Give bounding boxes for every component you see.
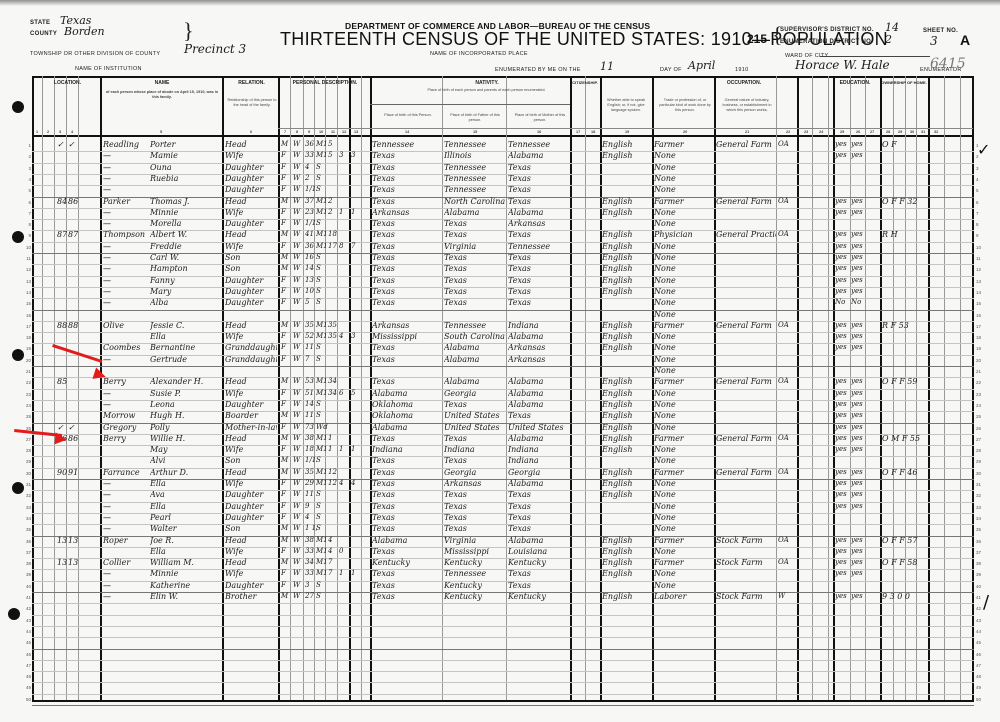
cell-surname: — bbox=[103, 253, 151, 262]
row-number: 37 bbox=[21, 550, 31, 555]
cell-living: 3 bbox=[351, 151, 361, 159]
cell-family: ✓ bbox=[68, 423, 78, 432]
cell-relation: Wife bbox=[225, 332, 277, 341]
cell-given: Ouna bbox=[150, 163, 220, 172]
row-number-right: 12 bbox=[976, 267, 981, 272]
row-number-right: 40 bbox=[976, 584, 981, 589]
row-number: 10 bbox=[21, 245, 31, 250]
incorporated-place-label: Name of incorporated place bbox=[430, 51, 528, 57]
cell-born: 0 bbox=[339, 547, 349, 555]
cell-read: yes bbox=[835, 400, 850, 408]
cell-surname: — bbox=[103, 276, 151, 285]
cell-bf: South Carolina bbox=[444, 332, 506, 341]
column-number: 2 bbox=[47, 130, 49, 135]
cell-bm: Texas bbox=[508, 298, 570, 307]
row-rule bbox=[32, 694, 974, 695]
cell-given: Alexander H. bbox=[150, 377, 220, 386]
cell-surname: — bbox=[103, 298, 151, 307]
cell-lang: English bbox=[602, 140, 652, 149]
cell-given: Alba bbox=[150, 298, 220, 307]
cell-relation: Wife bbox=[225, 479, 277, 488]
row-number: 17 bbox=[21, 324, 31, 329]
cell-given: Ella bbox=[150, 332, 220, 341]
cell-given: Mamie bbox=[150, 151, 220, 160]
cell-bf: Texas bbox=[444, 253, 506, 262]
cell-bm: Texas bbox=[508, 581, 570, 590]
cell-emp: OA bbox=[778, 558, 796, 566]
cell-lang: English bbox=[602, 230, 652, 239]
cell-bp: Texas bbox=[372, 219, 440, 228]
cell-industry: General Farm bbox=[716, 468, 776, 477]
cell-bm: Indiana bbox=[508, 456, 570, 465]
cell-read: yes bbox=[835, 343, 850, 351]
cell-trade: None bbox=[654, 276, 714, 285]
cell-relation: Granddaughter bbox=[225, 355, 277, 364]
row-number-right: 46 bbox=[976, 652, 981, 657]
cell-lang: English bbox=[602, 423, 652, 432]
cell-read: yes bbox=[835, 242, 850, 250]
row-number: 30 bbox=[21, 471, 31, 476]
cell-given: Arthur D. bbox=[150, 468, 220, 477]
cell-surname: Coombes bbox=[103, 343, 151, 352]
cell-given: Pearl bbox=[150, 513, 220, 522]
column-number: 12 bbox=[342, 130, 346, 135]
cell-marital: M1 bbox=[316, 197, 328, 205]
cell-lang: English bbox=[602, 332, 652, 341]
cell-own: R H bbox=[882, 230, 932, 239]
row-number-right: 27 bbox=[976, 437, 981, 442]
cell-family: 86 bbox=[68, 197, 78, 206]
row-number-right: 35 bbox=[976, 527, 981, 532]
row-number: 6 bbox=[21, 200, 31, 205]
cell-marital: M1 bbox=[316, 140, 328, 148]
cell-race: W bbox=[293, 174, 303, 182]
row-number: 27 bbox=[21, 437, 31, 442]
row-number-right: 39 bbox=[976, 572, 981, 577]
cell-relation: Wife bbox=[225, 389, 277, 398]
cell-bf: Texas bbox=[444, 219, 506, 228]
cell-read: yes bbox=[835, 140, 850, 148]
cell-sex: F bbox=[281, 581, 291, 589]
cell-read: yes bbox=[835, 151, 850, 159]
cell-relation: Wife bbox=[225, 445, 277, 454]
cell-bf: Illinois bbox=[444, 151, 506, 160]
enumerated-day: 11 bbox=[600, 60, 614, 73]
cell-given: Jessie C. bbox=[150, 321, 220, 330]
cell-race: W bbox=[293, 389, 303, 397]
cell-race: W bbox=[293, 332, 303, 340]
cell-write: yes bbox=[851, 547, 866, 555]
cell-relation: Son bbox=[225, 253, 277, 262]
cell-write: yes bbox=[851, 197, 866, 205]
cell-race: W bbox=[293, 185, 303, 193]
row-number-right: 41 bbox=[976, 595, 981, 600]
cell-bf: Texas bbox=[444, 456, 506, 465]
cell-bf: Alabama bbox=[444, 377, 506, 386]
row-number-right: 6 bbox=[976, 200, 979, 205]
cell-given: Ava bbox=[150, 490, 220, 499]
cell-race: W bbox=[293, 377, 303, 385]
cell-bm: Texas bbox=[508, 185, 570, 194]
cell-own: O M F 55 bbox=[882, 434, 932, 443]
cell-sex: F bbox=[281, 513, 291, 521]
cell-write: yes bbox=[851, 242, 866, 250]
cell-read: yes bbox=[835, 445, 850, 453]
cell-sex: F bbox=[281, 208, 291, 216]
cell-sex: F bbox=[281, 547, 291, 555]
cell-given: Elin W. bbox=[150, 592, 220, 601]
cell-trade: None bbox=[654, 423, 714, 432]
cell-lang: English bbox=[602, 400, 652, 409]
cell-relation: Daughter bbox=[225, 287, 277, 296]
cell-trade: None bbox=[654, 445, 714, 454]
row-number-right: 13 bbox=[976, 279, 981, 284]
cell-marital: S bbox=[316, 513, 328, 521]
cell-bp: Texas bbox=[372, 287, 440, 296]
cell-relation: Son bbox=[225, 524, 277, 533]
cell-relation: Head bbox=[225, 558, 277, 567]
cell-trade: None bbox=[654, 310, 714, 319]
cell-bp: Mississippi bbox=[372, 332, 440, 341]
cell-lang: English bbox=[602, 434, 652, 443]
cell-bm: Alabama bbox=[508, 208, 570, 217]
col-occupation: Occupation. bbox=[654, 80, 834, 86]
cell-trade: None bbox=[654, 366, 714, 375]
cell-lang: English bbox=[602, 547, 652, 556]
row-number: 5 bbox=[21, 188, 31, 193]
cell-bp: Texas bbox=[372, 592, 440, 601]
cell-relation: Brother bbox=[225, 592, 277, 601]
cell-bp: Texas bbox=[372, 355, 440, 364]
cell-surname: — bbox=[103, 569, 151, 578]
cell-bp: Texas bbox=[372, 513, 440, 522]
row-rule bbox=[32, 366, 974, 367]
cell-race: W bbox=[293, 423, 303, 431]
cell-years: 1 bbox=[328, 434, 338, 442]
cell-read: yes bbox=[835, 230, 850, 238]
cell-bm: Texas bbox=[508, 569, 570, 578]
row-number-right: 9 bbox=[976, 233, 979, 238]
row-number: 1 bbox=[21, 143, 31, 148]
cell-race: W bbox=[293, 581, 303, 589]
cell-race: W bbox=[293, 411, 303, 419]
cell-race: W bbox=[293, 547, 303, 555]
cell-trade: None bbox=[654, 174, 714, 183]
cell-lang: English bbox=[602, 411, 652, 420]
cell-marital: M1 bbox=[316, 208, 328, 216]
cell-bp: Texas bbox=[372, 163, 440, 172]
cell-marital: S bbox=[316, 219, 328, 227]
cell-sex: F bbox=[281, 355, 291, 363]
cell-bp: Texas bbox=[372, 242, 440, 251]
cell-bf: United States bbox=[444, 411, 506, 420]
cell-bm: Texas bbox=[508, 253, 570, 262]
cell-write: yes bbox=[851, 377, 866, 385]
cell-bp: Alabama bbox=[372, 536, 440, 545]
row-number-right: 42 bbox=[976, 606, 981, 611]
cell-trade: None bbox=[654, 298, 714, 307]
cell-read: yes bbox=[835, 502, 850, 510]
cell-bp: Kentucky bbox=[372, 558, 440, 567]
cell-marital: M1 bbox=[316, 445, 328, 453]
cell-relation: Wife bbox=[225, 569, 277, 578]
cell-relation: Head bbox=[225, 197, 277, 206]
row-number-right: 45 bbox=[976, 640, 981, 645]
cell-lang: English bbox=[602, 321, 652, 330]
cell-given: Hugh H. bbox=[150, 411, 220, 420]
cell-write: yes bbox=[851, 592, 866, 600]
cell-sex: F bbox=[281, 185, 291, 193]
stamp-number: 6415 bbox=[930, 56, 966, 72]
cell-bm: Texas bbox=[508, 513, 570, 522]
cell-years: 2 bbox=[328, 197, 338, 205]
cell-race: W bbox=[293, 524, 303, 532]
row-number-right: 49 bbox=[976, 685, 981, 690]
cell-years: 4 bbox=[328, 547, 338, 555]
cell-dwelling: 85 bbox=[57, 377, 67, 386]
row-number: 32 bbox=[21, 493, 31, 498]
cell-sex: M bbox=[281, 456, 291, 464]
cell-lang: English bbox=[602, 343, 652, 352]
cell-read: yes bbox=[835, 321, 850, 329]
cell-trade: Laborer bbox=[654, 592, 714, 601]
row-number-right: 7 bbox=[976, 211, 979, 216]
cell-surname: Readling bbox=[103, 140, 151, 149]
cell-marital: S bbox=[316, 524, 328, 532]
cell-lang: English bbox=[602, 197, 652, 206]
cell-trade: None bbox=[654, 287, 714, 296]
cell-born: 6 bbox=[339, 389, 349, 397]
cell-write: yes bbox=[851, 411, 866, 419]
cell-marital: S bbox=[316, 355, 328, 363]
cell-bp: Texas bbox=[372, 185, 440, 194]
row-number: 49 bbox=[21, 685, 31, 690]
cell-bf: Mississippi bbox=[444, 547, 506, 556]
column-number: 1 bbox=[36, 130, 38, 135]
cell-sex: F bbox=[281, 174, 291, 182]
row-number: 47 bbox=[21, 663, 31, 668]
cell-bm: Texas bbox=[508, 163, 570, 172]
cell-family: ✓ bbox=[68, 140, 78, 149]
cell-bf: Texas bbox=[444, 400, 506, 409]
row-number-right: 43 bbox=[976, 618, 981, 623]
cell-race: W bbox=[293, 456, 303, 464]
cell-own: O F F 59 bbox=[882, 377, 932, 386]
cell-bm: Indiana bbox=[508, 445, 570, 454]
cell-sex: F bbox=[281, 332, 291, 340]
cell-given: Alvi bbox=[150, 456, 220, 465]
cell-relation: Head bbox=[225, 468, 277, 477]
cell-industry: General Farm bbox=[716, 321, 776, 330]
cell-given: Ella bbox=[150, 479, 220, 488]
cell-bm: Texas bbox=[508, 502, 570, 511]
cell-relation: Daughter bbox=[225, 185, 277, 194]
cell-read: yes bbox=[835, 377, 850, 385]
cell-trade: None bbox=[654, 479, 714, 488]
column-number: 16 bbox=[537, 130, 541, 135]
cell-industry: Stock Farm bbox=[716, 592, 776, 601]
cell-born: 1 bbox=[339, 445, 349, 453]
cell-surname: Farrance bbox=[103, 468, 151, 477]
row-number-right: 31 bbox=[976, 482, 981, 487]
cell-write: yes bbox=[851, 400, 866, 408]
cell-bf: Tennessee bbox=[444, 185, 506, 194]
supervisor-label: Supervisor's District No. bbox=[780, 27, 874, 33]
cell-marital: Wd bbox=[316, 423, 328, 431]
cell-family: 87 bbox=[68, 230, 78, 239]
colnum-rule bbox=[278, 128, 973, 129]
cell-surname: Berry bbox=[103, 434, 151, 443]
binder-hole bbox=[12, 482, 24, 494]
cell-years: 34 bbox=[328, 389, 338, 397]
cell-surname: — bbox=[103, 208, 151, 217]
cell-trade: None bbox=[654, 185, 714, 194]
col-industry: General nature of industry, business, or… bbox=[718, 98, 776, 113]
cell-read: yes bbox=[835, 389, 850, 397]
cell-living: 1 bbox=[351, 569, 361, 577]
binder-hole bbox=[8, 608, 20, 620]
cell-marital: M1 bbox=[316, 569, 328, 577]
row-rule bbox=[32, 603, 974, 604]
row-number: 29 bbox=[21, 459, 31, 464]
cell-given: Ruebia bbox=[150, 174, 220, 183]
cell-relation: Daughter bbox=[225, 163, 277, 172]
cell-marital: S bbox=[316, 163, 328, 171]
cell-bp: Alabama bbox=[372, 389, 440, 398]
cell-years: 17 bbox=[328, 242, 338, 250]
cell-lang: English bbox=[602, 536, 652, 545]
cell-bm: Texas bbox=[508, 197, 570, 206]
cell-emp: OA bbox=[778, 536, 796, 544]
cell-relation: Head bbox=[225, 377, 277, 386]
cell-emp: OA bbox=[778, 230, 796, 238]
cell-born: 4 bbox=[339, 332, 349, 340]
cell-family: 13 bbox=[68, 558, 78, 567]
cell-race: W bbox=[293, 468, 303, 476]
cell-relation: Head bbox=[225, 140, 277, 149]
cell-read: yes bbox=[835, 547, 850, 555]
cell-trade: None bbox=[654, 264, 714, 273]
row-number-right: 8 bbox=[976, 222, 979, 227]
cell-sex: M bbox=[281, 197, 291, 205]
row-number-right: 20 bbox=[976, 358, 981, 363]
cell-lang: English bbox=[602, 377, 652, 386]
cell-relation: Granddaughter bbox=[225, 343, 277, 352]
cell-trade: Farmer bbox=[654, 140, 714, 149]
cell-bf: Texas bbox=[444, 264, 506, 273]
cell-family: 13 bbox=[68, 536, 78, 545]
cell-sex: F bbox=[281, 569, 291, 577]
state-label: State bbox=[30, 20, 50, 26]
cell-marital: M1 bbox=[316, 332, 328, 340]
cell-marital: S bbox=[316, 456, 328, 464]
cell-bm: Alabama bbox=[508, 389, 570, 398]
column-number: 14 bbox=[405, 130, 409, 135]
cell-read: yes bbox=[835, 253, 850, 261]
cell-bf: Tennessee bbox=[444, 321, 506, 330]
row-number: 44 bbox=[21, 629, 31, 634]
row-rule bbox=[32, 615, 974, 616]
cell-lang: English bbox=[602, 208, 652, 217]
cell-surname: — bbox=[103, 185, 151, 194]
cell-sex: F bbox=[281, 479, 291, 487]
row-number-right: 19 bbox=[976, 346, 981, 351]
cell-trade: None bbox=[654, 242, 714, 251]
cell-bp: Tennessee bbox=[372, 140, 440, 149]
cell-relation: Wife bbox=[225, 547, 277, 556]
row-number-right: 16 bbox=[976, 313, 981, 318]
cell-read: yes bbox=[835, 490, 850, 498]
row-number: 18 bbox=[21, 335, 31, 340]
cell-race: W bbox=[293, 479, 303, 487]
cell-sex: M bbox=[281, 524, 291, 532]
sheet-side: A bbox=[960, 32, 970, 48]
cell-bp: Texas bbox=[372, 479, 440, 488]
cell-marital: S bbox=[316, 253, 328, 261]
cell-years: 12 bbox=[328, 479, 338, 487]
cell-read: yes bbox=[835, 287, 850, 295]
cell-relation: Daughter bbox=[225, 298, 277, 307]
column-number: 27 bbox=[870, 130, 874, 135]
row-rule bbox=[32, 705, 974, 706]
cell-bf: Texas bbox=[444, 502, 506, 511]
cell-bf: Arkansas bbox=[444, 479, 506, 488]
cell-living: 3 bbox=[351, 332, 361, 340]
row-number: 13 bbox=[21, 279, 31, 284]
column-number: 17 bbox=[576, 130, 580, 135]
cell-surname: — bbox=[103, 513, 151, 522]
cell-bm: United States bbox=[508, 423, 570, 432]
cell-given: Minnie bbox=[150, 208, 220, 217]
cell-surname: Gregory bbox=[103, 423, 151, 432]
cell-write: yes bbox=[851, 343, 866, 351]
cell-emp: OA bbox=[778, 434, 796, 442]
cell-marital: S bbox=[316, 411, 328, 419]
cell-sex: F bbox=[281, 219, 291, 227]
township-value: Precinct 3 bbox=[184, 42, 246, 56]
cell-marital: S bbox=[316, 185, 328, 193]
cell-bp: Texas bbox=[372, 490, 440, 499]
row-number-right: 37 bbox=[976, 550, 981, 555]
cell-marital: M1 bbox=[316, 434, 328, 442]
cell-bp: Texas bbox=[372, 569, 440, 578]
row-number: 43 bbox=[21, 618, 31, 623]
cell-bp: Texas bbox=[372, 456, 440, 465]
cell-race: W bbox=[293, 569, 303, 577]
cell-write: yes bbox=[851, 536, 866, 544]
cell-trade: None bbox=[654, 343, 714, 352]
enumeration-label: Enumeration District No. bbox=[780, 39, 873, 45]
cell-living: 7 bbox=[351, 242, 361, 250]
row-number: 46 bbox=[21, 652, 31, 657]
cell-trade: Farmer bbox=[654, 197, 714, 206]
institution-label: Name of institution bbox=[75, 66, 142, 72]
cell-race: W bbox=[293, 264, 303, 272]
cell-bp: Texas bbox=[372, 343, 440, 352]
cell-trade: None bbox=[654, 208, 714, 217]
cell-sex: F bbox=[281, 287, 291, 295]
row-number: 7 bbox=[21, 211, 31, 216]
cell-lang: English bbox=[602, 490, 652, 499]
cell-lang: English bbox=[602, 151, 652, 160]
cell-write: yes bbox=[851, 140, 866, 148]
cell-relation: Wife bbox=[225, 242, 277, 251]
cell-marital: M1 bbox=[316, 468, 328, 476]
row-rule bbox=[32, 682, 974, 683]
cell-industry: Stock Farm bbox=[716, 558, 776, 567]
cell-relation: Head bbox=[225, 434, 277, 443]
cell-marital: S bbox=[316, 343, 328, 351]
